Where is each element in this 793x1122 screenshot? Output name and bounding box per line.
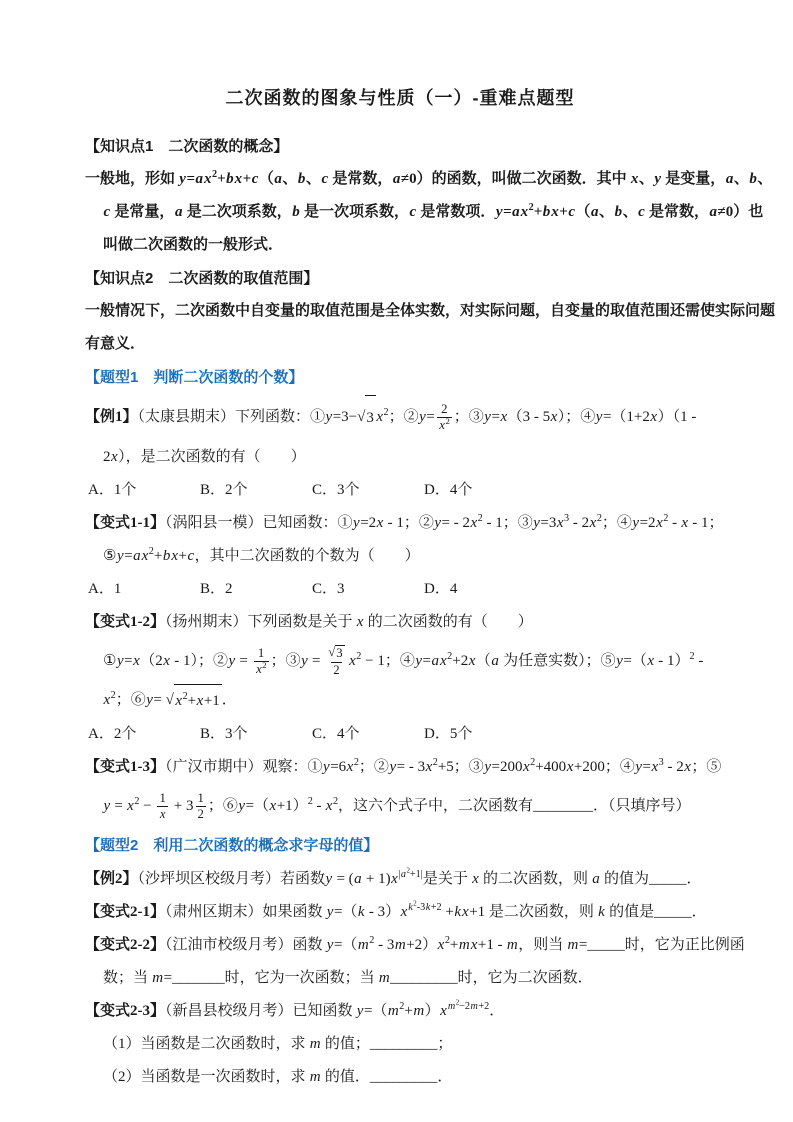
problem-line: 数；当 m=_______时，它为一次函数；当 m_________时，它为二次…	[85, 962, 715, 995]
problem-text: （涡阳县一模）已知函数：①y=2x - 1；②y= - 2x2 - 1；③y=3…	[165, 515, 724, 531]
knowledge-point-1-text: 一般地，形如 y=ax2+bx+c（a、b、c 是常数，a≠0）的函数，叫做二次…	[85, 163, 715, 196]
problem-line: 【变式2-3】（新昌县校级月考）已知函数 y=（m2+m）xm2−2m+2．	[85, 995, 715, 1028]
problem-line: 【例2】（沙坪坝区校级月考）若函数y = (a + 1)x|a2+1|是关于 x…	[85, 863, 715, 896]
problem-line: 【变式2-1】（肃州区期末）如果函数 y=（k - 3）xk2-3k+2 +kx…	[85, 896, 715, 929]
problem-label: 【例1】	[85, 409, 138, 425]
problem-label: 【例2】	[85, 871, 138, 887]
problem-text: （广汉市期中）观察：①y=6x2；②y= - 3x2+5；③y=200x2+40…	[165, 759, 721, 775]
problem-line: 【例1】（太康县期末）下列函数：①y=3−√3x2；②y=2x2；③y=x（3 …	[85, 395, 715, 441]
problem-label: 【变式1-2】	[85, 614, 165, 630]
problem-line: 2x），是二次函数的有（ ）	[85, 441, 715, 474]
problem-variant-1-1: 【变式1-1】（涡阳县一模）已知函数：①y=2x - 1；②y= - 2x2 -…	[85, 507, 715, 606]
problem-variant-2-3: 【变式2-3】（新昌县校级月考）已知函数 y=（m2+m）xm2−2m+2． （…	[85, 995, 715, 1094]
page-title: 二次函数的图象与性质（一）-重难点题型	[85, 84, 715, 110]
option-a: A．1个	[88, 474, 200, 507]
problem-line: x2；⑥y= √x2+x+1．	[85, 684, 715, 718]
problem-label: 【变式1-1】	[85, 515, 165, 531]
option-a: A．1	[88, 573, 200, 606]
problem-variant-1-3: 【变式1-3】（广汉市期中）观察：①y=6x2；②y= - 3x2+5；③y=2…	[85, 751, 715, 829]
topic-2-heading: 【题型2 利用二次函数的概念求字母的值】	[85, 829, 715, 863]
option-c: C．3个	[312, 474, 424, 507]
problem-label: 【变式2-3】	[85, 1003, 165, 1019]
option-d: D．4	[424, 573, 536, 606]
problem-variant-2-2: 【变式2-2】（江油市校级月考）函数 y=（m2 - 3m+2）x2+mx+1 …	[85, 929, 715, 995]
problem-text: （肃州区期末）如果函数 y=（k - 3）xk2-3k+2 +kx+1 是二次函…	[165, 904, 707, 920]
problem-variant-1-2: 【变式1-2】（扬州期末）下列函数是关于 x 的二次函数的有（ ） ①y=x（2…	[85, 606, 715, 751]
sub-question-1: （1）当函数是二次函数时，求 m 的值；_________；	[85, 1028, 715, 1061]
problem-label: 【变式2-1】	[85, 904, 165, 920]
answer-options: A．1个B．2个C．3个D．4个	[85, 474, 715, 507]
knowledge-point-1: 【知识点1 二次函数的概念】 一般地，形如 y=ax2+bx+c（a、b、c 是…	[85, 130, 715, 262]
option-b: B．2	[200, 573, 312, 606]
option-b: B．2个	[200, 474, 312, 507]
option-a: A．2个	[88, 718, 200, 751]
knowledge-point-2: 【知识点2 二次函数的取值范围】 一般情况下，二次函数中自变量的取值范围是全体实…	[85, 262, 715, 361]
answer-options: A．1B．2C．3D．4	[85, 573, 715, 606]
knowledge-point-1-heading: 【知识点1 二次函数的概念】	[85, 130, 715, 163]
option-d: D．5个	[424, 718, 536, 751]
topic-1-heading: 【题型1 判断二次函数的个数】	[85, 361, 715, 395]
problem-text: （新昌县校级月考）已知函数 y=（m2+m）xm2−2m+2．	[165, 1003, 504, 1019]
sub-question-2: （2）当函数是一次函数时，求 m 的值．_________．	[85, 1061, 715, 1094]
problem-text: （扬州期末）下列函数是关于 x 的二次函数的有（ ）	[165, 614, 533, 630]
problem-line: 【变式1-3】（广汉市期中）观察：①y=6x2；②y= - 3x2+5；③y=2…	[85, 751, 715, 784]
problem-text: （太康县期末）下列函数：①y=3−√3x2；②y=2x2；③y=x（3 - 5x…	[138, 409, 697, 425]
problem-example-2: 【例2】（沙坪坝区校级月考）若函数y = (a + 1)x|a2+1|是关于 x…	[85, 863, 715, 896]
knowledge-point-2-heading: 【知识点2 二次函数的取值范围】	[85, 262, 715, 295]
knowledge-point-2-text: 一般情况下，二次函数中自变量的取值范围是全体实数，对实际问题，自变量的取值范围还…	[85, 295, 715, 328]
knowledge-point-1-text: c 是常量，a 是二次项系数，b 是一次项系数，c 是常数项．y=ax2+bx+…	[85, 196, 715, 229]
problem-line: 【变式1-2】（扬州期末）下列函数是关于 x 的二次函数的有（ ）	[85, 606, 715, 639]
knowledge-point-1-text: 叫做二次函数的一般形式．	[85, 229, 715, 262]
option-d: D．4个	[424, 474, 536, 507]
option-c: C．4个	[312, 718, 424, 751]
problem-line: ①y=x（2x - 1）；②y = 1x2；③y = √32x2 − 1；④y=…	[85, 639, 715, 684]
knowledge-point-2-text: 有意义．	[85, 328, 715, 361]
problem-line: 【变式1-1】（涡阳县一模）已知函数：①y=2x - 1；②y= - 2x2 -…	[85, 507, 715, 540]
answer-options: A．2个B．3个C．4个D．5个	[85, 718, 715, 751]
option-b: B．3个	[200, 718, 312, 751]
problem-text: （江油市校级月考）函数 y=（m2 - 3m+2）x2+mx+1 - m，则当 …	[165, 937, 745, 953]
worksheet-page: 二次函数的图象与性质（一）-重难点题型 【知识点1 二次函数的概念】 一般地，形…	[0, 0, 793, 1094]
problem-line: 【变式2-2】（江油市校级月考）函数 y=（m2 - 3m+2）x2+mx+1 …	[85, 929, 715, 962]
problem-label: 【变式1-3】	[85, 759, 165, 775]
option-c: C．3	[312, 573, 424, 606]
problem-label: 【变式2-2】	[85, 937, 165, 953]
problem-line: y = x2 − 1x + 312；⑥y=（x+1）2 - x2，这六个式子中，…	[85, 784, 715, 829]
problem-example-1: 【例1】（太康县期末）下列函数：①y=3−√3x2；②y=2x2；③y=x（3 …	[85, 395, 715, 507]
problem-text: （沙坪坝区校级月考）若函数y = (a + 1)x|a2+1|是关于 x 的二次…	[138, 871, 702, 887]
problem-line: ⑤y=ax2+bx+c，其中二次函数的个数为（ ）	[85, 540, 715, 573]
problem-variant-2-1: 【变式2-1】（肃州区期末）如果函数 y=（k - 3）xk2-3k+2 +kx…	[85, 896, 715, 929]
